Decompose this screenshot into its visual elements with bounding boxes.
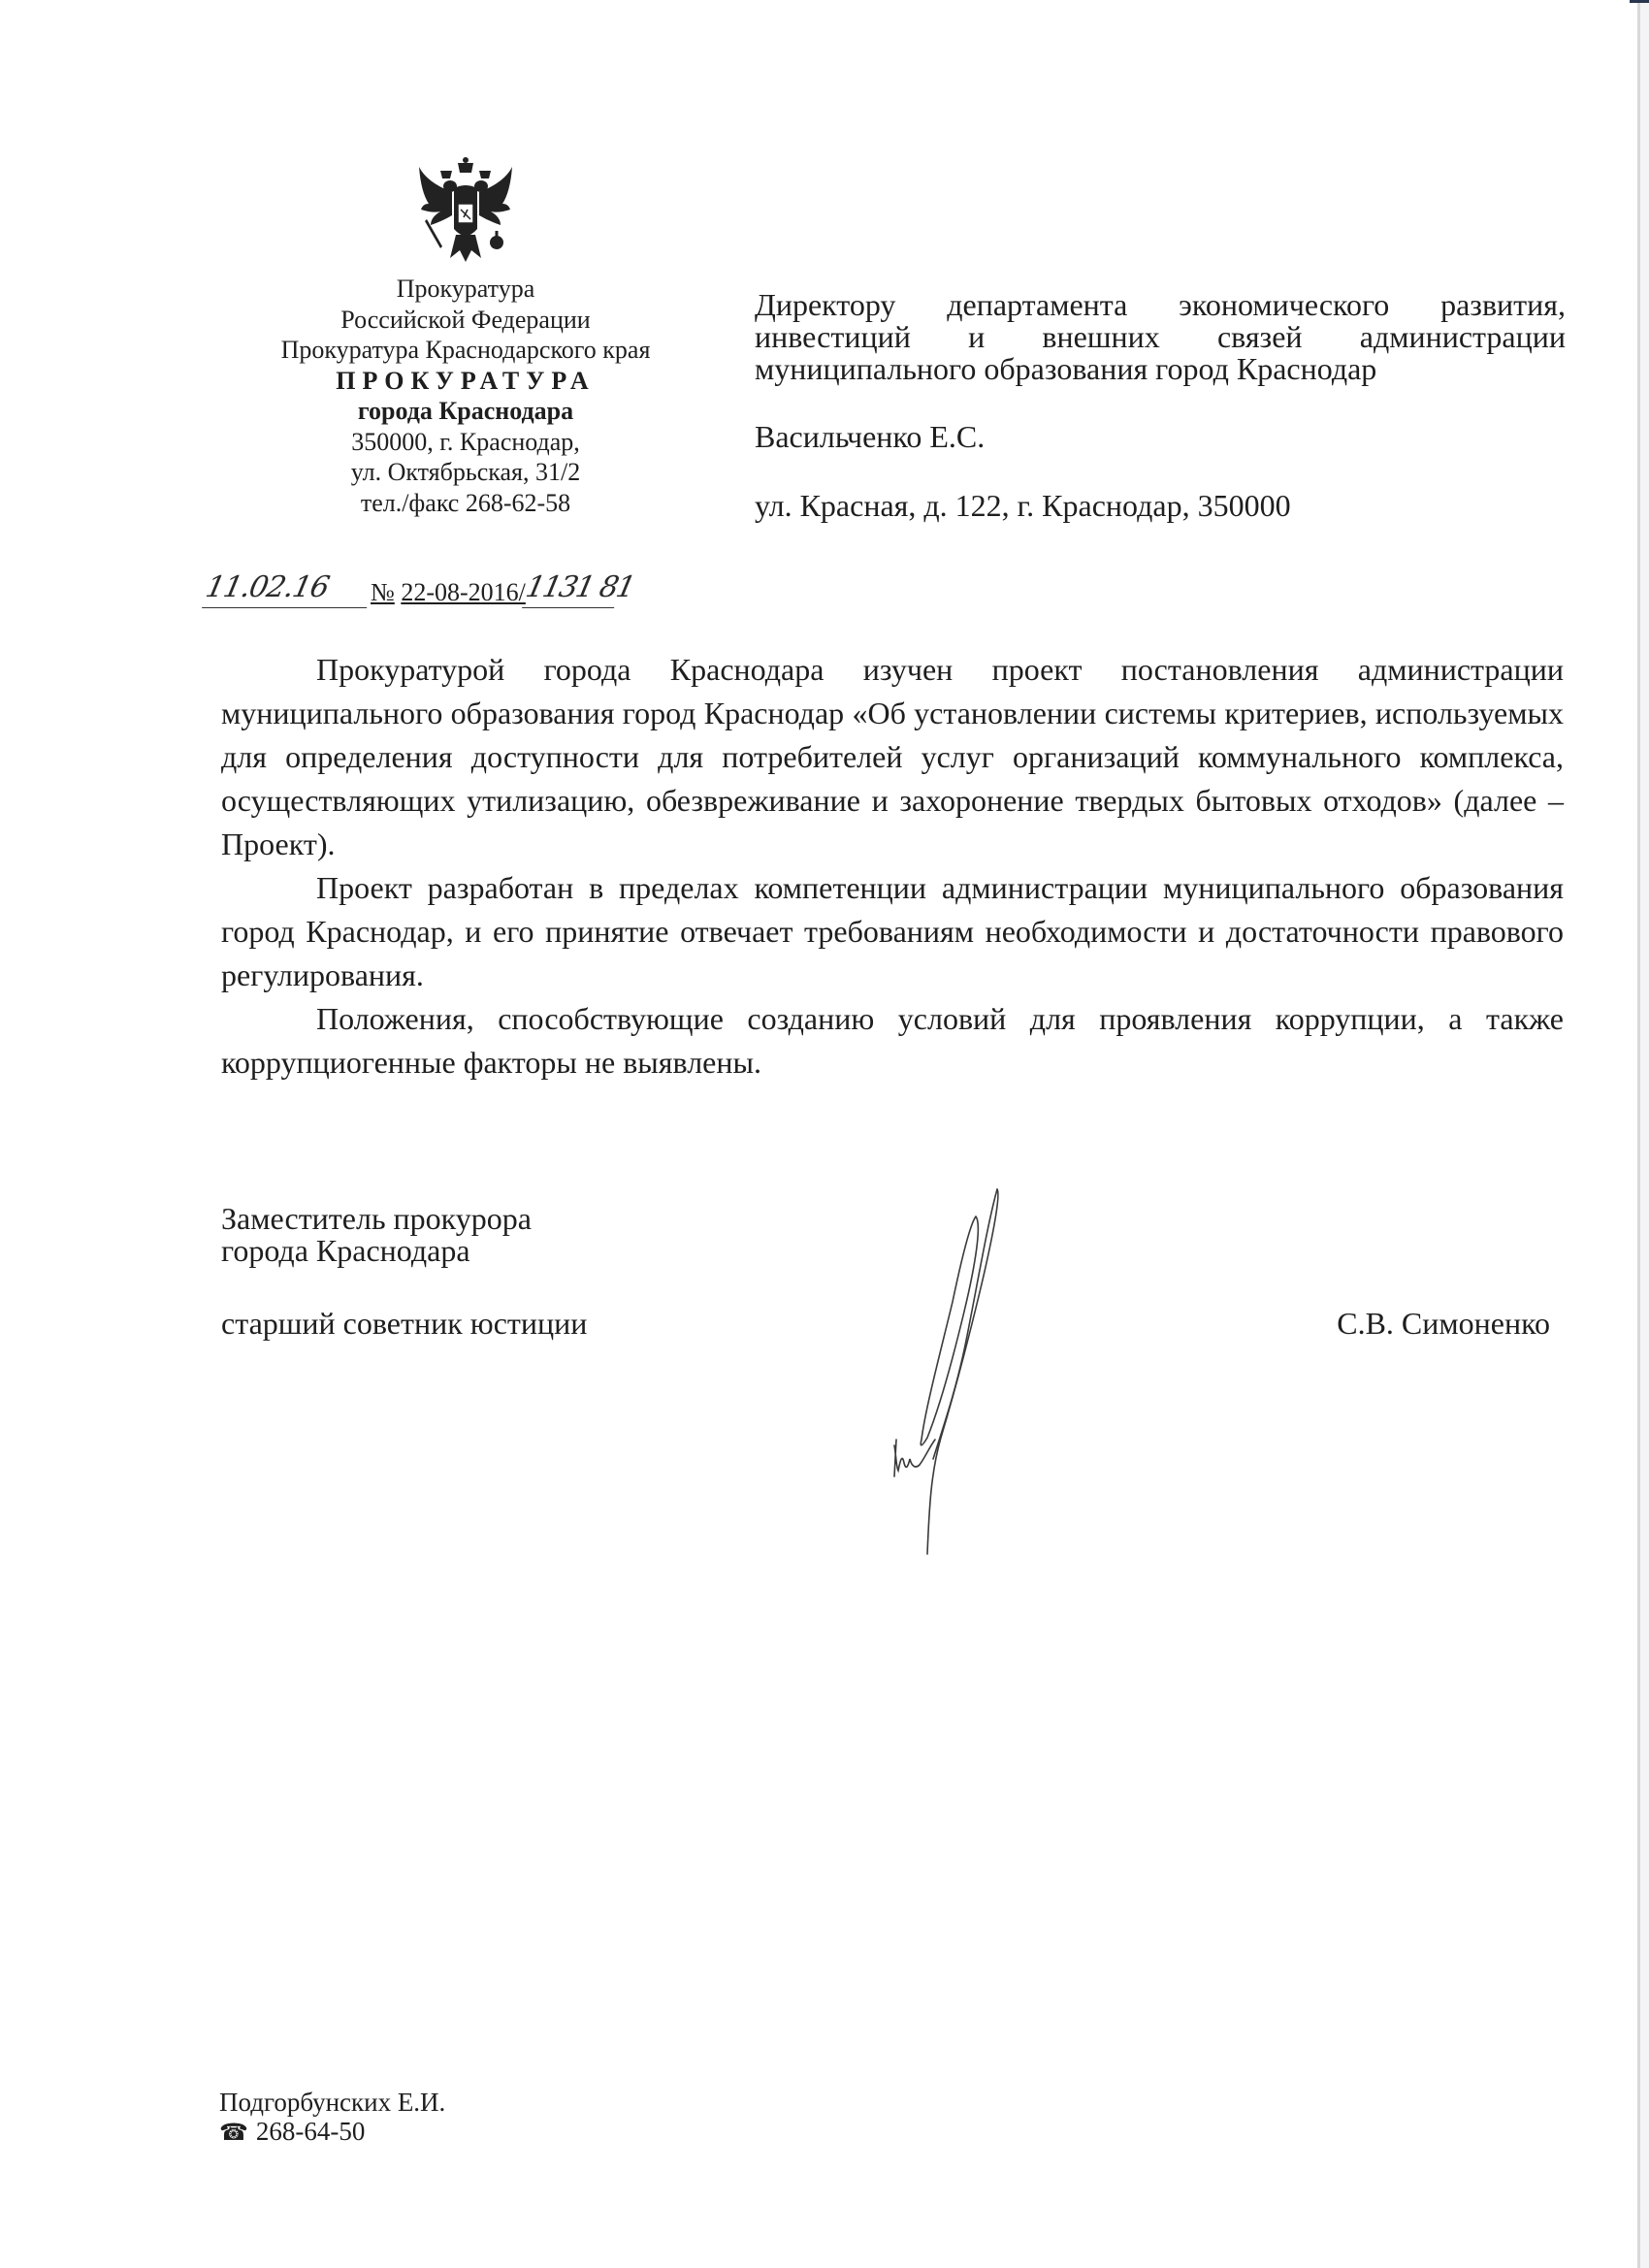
letter-body: Прокуратурой города Краснодара изучен пр… xyxy=(221,648,1564,1085)
letterhead-address: 350000, г. Краснодар, xyxy=(223,427,708,458)
letterhead-org-title: ПРОКУРАТУРА xyxy=(223,366,708,397)
page-edge-shadow xyxy=(1640,0,1649,2268)
letterhead-phone: тел./факс 268-62-58 xyxy=(223,488,708,519)
executor-phone: 268-64-50 xyxy=(256,2117,365,2146)
page-edge xyxy=(1637,0,1640,2268)
addressee-address: ул. Красная, д. 122, г. Краснодар, 35000… xyxy=(755,490,1566,522)
executor-block: Подгорбунских Е.И. ☎268-64-50 xyxy=(219,2088,445,2148)
handwritten-signature xyxy=(883,1185,1096,1564)
handwritten-date: 11.02.16 xyxy=(202,572,374,608)
signer-rank: старший советник юстиции xyxy=(221,1308,587,1340)
body-paragraph: Проект разработан в пределах компетенции… xyxy=(221,866,1564,997)
number-prefix: 22-08-2016/ xyxy=(401,578,526,606)
number-sign: № xyxy=(371,578,395,606)
addressee-name: Васильченко Е.С. xyxy=(755,421,1566,453)
signer-name: С.В. Симоненко xyxy=(1337,1308,1550,1340)
letterhead-line: Прокуратура xyxy=(223,274,708,305)
outgoing-reference: 11.02.16№ 22-08-2016/1131 81 xyxy=(206,572,618,608)
handwritten-number: 1131 81 xyxy=(522,572,622,608)
body-paragraph: Положения, способствующие созданию услов… xyxy=(221,997,1564,1085)
body-paragraph: Прокуратурой города Краснодара изучен пр… xyxy=(221,648,1564,866)
letterhead-line: Прокуратура Краснодарского края xyxy=(223,335,708,366)
russian-coat-of-arms-icon xyxy=(407,153,524,270)
letterhead: Прокуратура Российской Федерации Прокура… xyxy=(223,153,708,518)
letterhead-address: ул. Октябрьская, 31/2 xyxy=(223,457,708,488)
addressee-block: Директору департамента экономического ра… xyxy=(755,289,1566,522)
telephone-icon: ☎ xyxy=(219,2121,248,2146)
executor-name: Подгорбунских Е.И. xyxy=(219,2088,445,2117)
addressee-title: Директору департамента экономического ра… xyxy=(755,289,1566,385)
letterhead-line: Российской Федерации xyxy=(223,305,708,336)
letterhead-org-city: города Краснодара xyxy=(223,396,708,427)
scan-mark xyxy=(1630,0,1649,3)
